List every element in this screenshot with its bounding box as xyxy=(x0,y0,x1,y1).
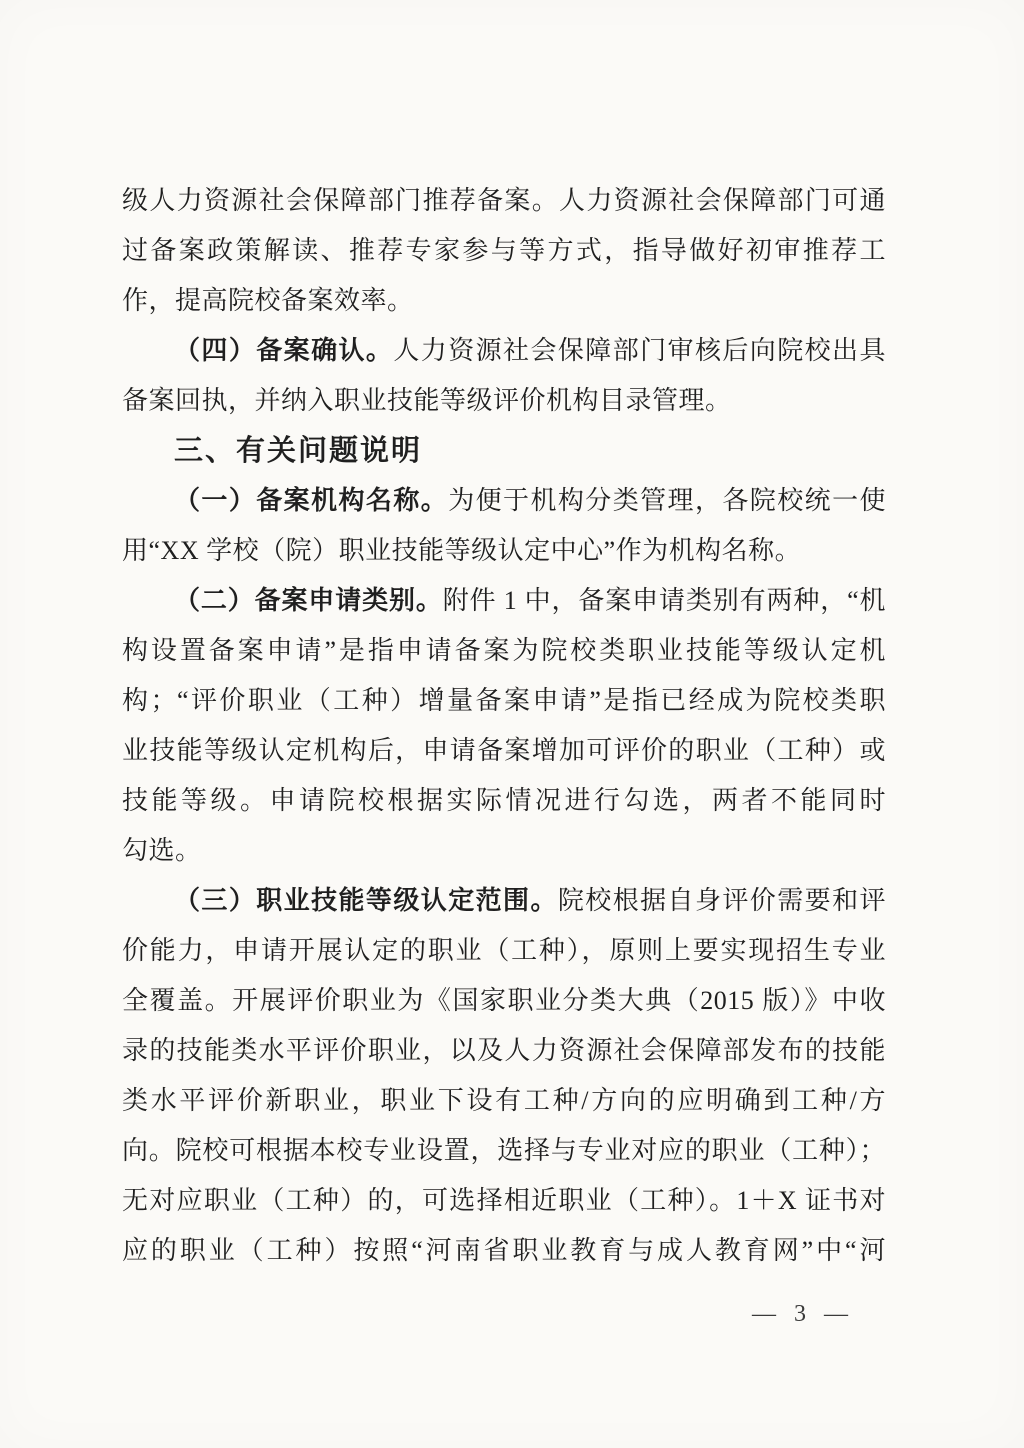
document-line: 勾选。 xyxy=(122,826,886,876)
document-line: 技能等级。申请院校根据实际情况进行勾选，两者不能同时 xyxy=(122,776,886,826)
text-run: 人力资源社会保障部门审核后向院校出具 xyxy=(393,336,886,365)
text-run: 技能等级。申请院校根据实际情况进行勾选，两者不能同时 xyxy=(122,786,886,815)
document-line: 构；“评价职业（工种）增量备案申请”是指已经成为院校类职 xyxy=(122,676,886,726)
document-line: （三）职业技能等级认定范围。院校根据自身评价需要和评 xyxy=(122,876,886,926)
document-line: 无对应职业（工种）的，可选择相近职业（工种）。1＋X 证书对 xyxy=(122,1176,886,1226)
text-run: 全覆盖。开展评价职业为《国家职业分类大典（2015 版）》中收 xyxy=(122,986,886,1015)
text-run: 级人力资源社会保障部门推荐备案。人力资源社会保障部门可通 xyxy=(122,186,886,215)
document-line: 类水平评价新职业，职业下设有工种/方向的应明确到工种/方 xyxy=(122,1076,886,1126)
text-run: 向。院校可根据本校专业设置，选择与专业对应的职业（工种）； xyxy=(122,1136,886,1165)
document-line: 过备案政策解读、推荐专家参与等方式，指导做好初审推荐工 xyxy=(122,226,886,276)
document-line: （四）备案确认。人力资源社会保障部门审核后向院校出具 xyxy=(122,326,886,376)
document-line: 备案回执，并纳入职业技能等级评价机构目录管理。 xyxy=(122,376,886,426)
document-line: 应的职业（工种）按照“河南省职业教育与成人教育网”中“河 xyxy=(122,1226,886,1276)
text-run: 勾选。 xyxy=(122,836,202,865)
document-line: （二）备案申请类别。附件 1 中，备案申请类别有两种，“机 xyxy=(122,576,886,626)
document-line: 作，提高院校备案效率。 xyxy=(122,276,886,326)
lead-in-bold-text: （三）职业技能等级认定范围。 xyxy=(174,886,558,915)
document-line: （一）备案机构名称。为便于机构分类管理，各院校统一使 xyxy=(122,476,886,526)
document-line: 全覆盖。开展评价职业为《国家职业分类大典（2015 版）》中收 xyxy=(122,976,886,1026)
document-line: 构设置备案申请”是指申请备案为院校类职业技能等级认定机 xyxy=(122,626,886,676)
text-run: 无对应职业（工种）的，可选择相近职业（工种）。1＋X 证书对 xyxy=(122,1186,886,1215)
document-line: 级人力资源社会保障部门推荐备案。人力资源社会保障部门可通 xyxy=(122,176,886,226)
text-run: 附件 1 中，备案申请类别有两种，“机 xyxy=(443,586,886,615)
text-run: 构；“评价职业（工种）增量备案申请”是指已经成为院校类职 xyxy=(122,686,886,715)
document-page: 级人力资源社会保障部门推荐备案。人力资源社会保障部门可通过备案政策解读、推荐专家… xyxy=(0,0,1024,1448)
page-number: — 3 — xyxy=(752,1297,849,1331)
text-run: 应的职业（工种）按照“河南省职业教育与成人教育网”中“河 xyxy=(122,1236,886,1265)
text-run: 备案回执，并纳入职业技能等级评价机构目录管理。 xyxy=(122,386,732,415)
document-line: 价能力，申请开展认定的职业（工种），原则上要实现招生专业 xyxy=(122,926,886,976)
text-run: 用“XX 学校（院）职业技能等级认定中心”作为机构名称。 xyxy=(122,536,801,565)
lead-in-bold-text: （一）备案机构名称。 xyxy=(174,486,448,515)
text-run: 业技能等级认定机构后，申请备案增加可评价的职业（工种）或 xyxy=(122,736,886,765)
document-line: 用“XX 学校（院）职业技能等级认定中心”作为机构名称。 xyxy=(122,526,886,576)
text-run: 为便于机构分类管理，各院校统一使 xyxy=(448,486,886,515)
lead-in-bold-text: 三、有关问题说明 xyxy=(174,435,422,467)
text-run: 价能力，申请开展认定的职业（工种），原则上要实现招生专业 xyxy=(122,936,886,965)
document-line: 录的技能类水平评价职业，以及人力资源社会保障部发布的技能 xyxy=(122,1026,886,1076)
document-line: 向。院校可根据本校专业设置，选择与专业对应的职业（工种）； xyxy=(122,1126,886,1176)
section-heading: 三、有关问题说明 xyxy=(122,426,886,476)
text-run: 录的技能类水平评价职业，以及人力资源社会保障部发布的技能 xyxy=(122,1036,886,1065)
lead-in-bold-text: （四）备案确认。 xyxy=(174,336,393,365)
text-run: 构设置备案申请”是指申请备案为院校类职业技能等级认定机 xyxy=(122,636,886,665)
document-text-block: 级人力资源社会保障部门推荐备案。人力资源社会保障部门可通过备案政策解读、推荐专家… xyxy=(122,176,886,1276)
text-run: 作，提高院校备案效率。 xyxy=(122,286,414,315)
text-run: 类水平评价新职业，职业下设有工种/方向的应明确到工种/方 xyxy=(122,1086,886,1115)
text-run: 院校根据自身评价需要和评 xyxy=(558,886,886,915)
lead-in-bold-text: （二）备案申请类别。 xyxy=(174,586,443,615)
document-line: 业技能等级认定机构后，申请备案增加可评价的职业（工种）或 xyxy=(122,726,886,776)
text-run: 过备案政策解读、推荐专家参与等方式，指导做好初审推荐工 xyxy=(122,236,886,265)
